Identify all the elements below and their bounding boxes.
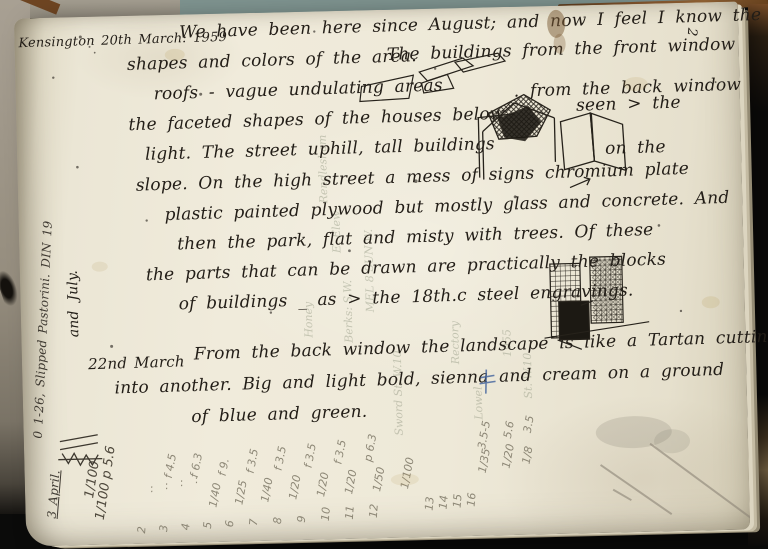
pencil-shutter: 1/50 (371, 466, 386, 492)
notebook-page: Rendlesham E. Elew Berks: S.W. MEL 8 SUN… (14, 2, 750, 547)
pencil-frame-number: 9 (296, 515, 308, 523)
ghost-note: Sword St. W.10 (392, 350, 405, 435)
pencil-frame-number: 6 (224, 520, 236, 528)
pencil-frame-number: 8 (272, 517, 284, 525)
pencil-shutter: 1/20 (501, 443, 516, 469)
pencil-fstop: 5.6 (502, 420, 516, 439)
entry-date: 22nd March (88, 354, 185, 372)
journal-line: into another. Big and light bold, sienna… (114, 362, 724, 398)
pencil-shutter: 1/100 (399, 457, 416, 490)
margin-exposure-note: 1/100 p 5.6 (94, 445, 118, 521)
pencil-frame-number: 14 (438, 495, 450, 510)
pencil-shutter: 1/40 (207, 482, 222, 508)
ghost-note: Lowel (473, 386, 485, 420)
margin-column-note: 0 1-26, Slipped Pastorini. DIN 19 (32, 220, 54, 438)
journal-line: then the park, flat and misty with trees… (177, 222, 654, 254)
pencil-frame-number: 12 (368, 503, 380, 518)
pencil-fstop: 3.5 (522, 415, 536, 434)
pencil-fstop: f 4.5 (163, 453, 178, 479)
pencil-shutter: 1/25 (233, 479, 248, 505)
notebook-photo: Rendlesham E. Elew Berks: S.W. MEL 8 SUN… (0, 0, 768, 549)
journal-line: of blue and green. (191, 404, 368, 426)
pencil-frame-number: 15 (452, 493, 464, 508)
pencil-frame-number: 5 (202, 521, 214, 529)
journal-line: the faceted shapes of the houses below (128, 106, 505, 134)
pencil-fstop: p 6.3 (362, 433, 378, 463)
pencil-frame-number: 10 (320, 507, 332, 522)
journal-line: shapes and colors of the area. (127, 48, 417, 74)
pencil-frame-number: 4 (180, 523, 192, 531)
journal-line: seen > the (576, 95, 681, 115)
pencil-frame-number: 13 (424, 496, 436, 511)
pencil-frame-number: 16 (465, 492, 477, 507)
pencil-shutter: 1/35 (477, 448, 492, 474)
pencil-shutter: 1/8 (520, 445, 534, 464)
journal-line: on the (605, 139, 666, 158)
pencil-fstop: f 3.5 (332, 439, 347, 465)
pencil-fstop: 3.5-5 (476, 420, 492, 450)
journal-line: roofs - vague undulating areas (153, 78, 443, 104)
pencil-dots: : : : : (149, 473, 203, 494)
pencil-shutter: 1/40 (259, 477, 274, 503)
cover-edge-right (748, 4, 768, 546)
journal-line: the parts that can be drawn are practica… (146, 251, 667, 284)
pencil-fstop: f 3.5 (273, 445, 288, 471)
journal-line: From the back window the landscape is li… (194, 329, 768, 364)
journal-line: slope. On the high street a mess of sign… (136, 161, 690, 195)
margin-months-note: and July. (66, 270, 82, 337)
pencil-shutter: 1/20 (343, 469, 358, 495)
journal-line: of buildings _ as > the 18th.c steel eng… (178, 282, 633, 313)
margin-april-note: 3 April. (46, 470, 62, 519)
journal-line: plastic painted plywood but mostly glass… (164, 190, 729, 224)
pencil-frame-number: 7 (248, 518, 260, 526)
pencil-strokes (600, 441, 750, 530)
pencil-frame-number: 2 (136, 526, 148, 534)
pencil-fstop: f 9. (217, 457, 231, 477)
pencil-fstop: f 3.5 (303, 442, 318, 468)
pencil-frame-number: 3 (158, 524, 170, 532)
pencil-shutter: 1/20 (315, 471, 330, 497)
pencil-frame-number: 11 (344, 505, 356, 520)
journal-line: The buildings from the front window (387, 36, 736, 64)
pencil-shutter: 1/20 (287, 474, 302, 500)
pencil-fstop: f 3.5 (245, 448, 260, 474)
